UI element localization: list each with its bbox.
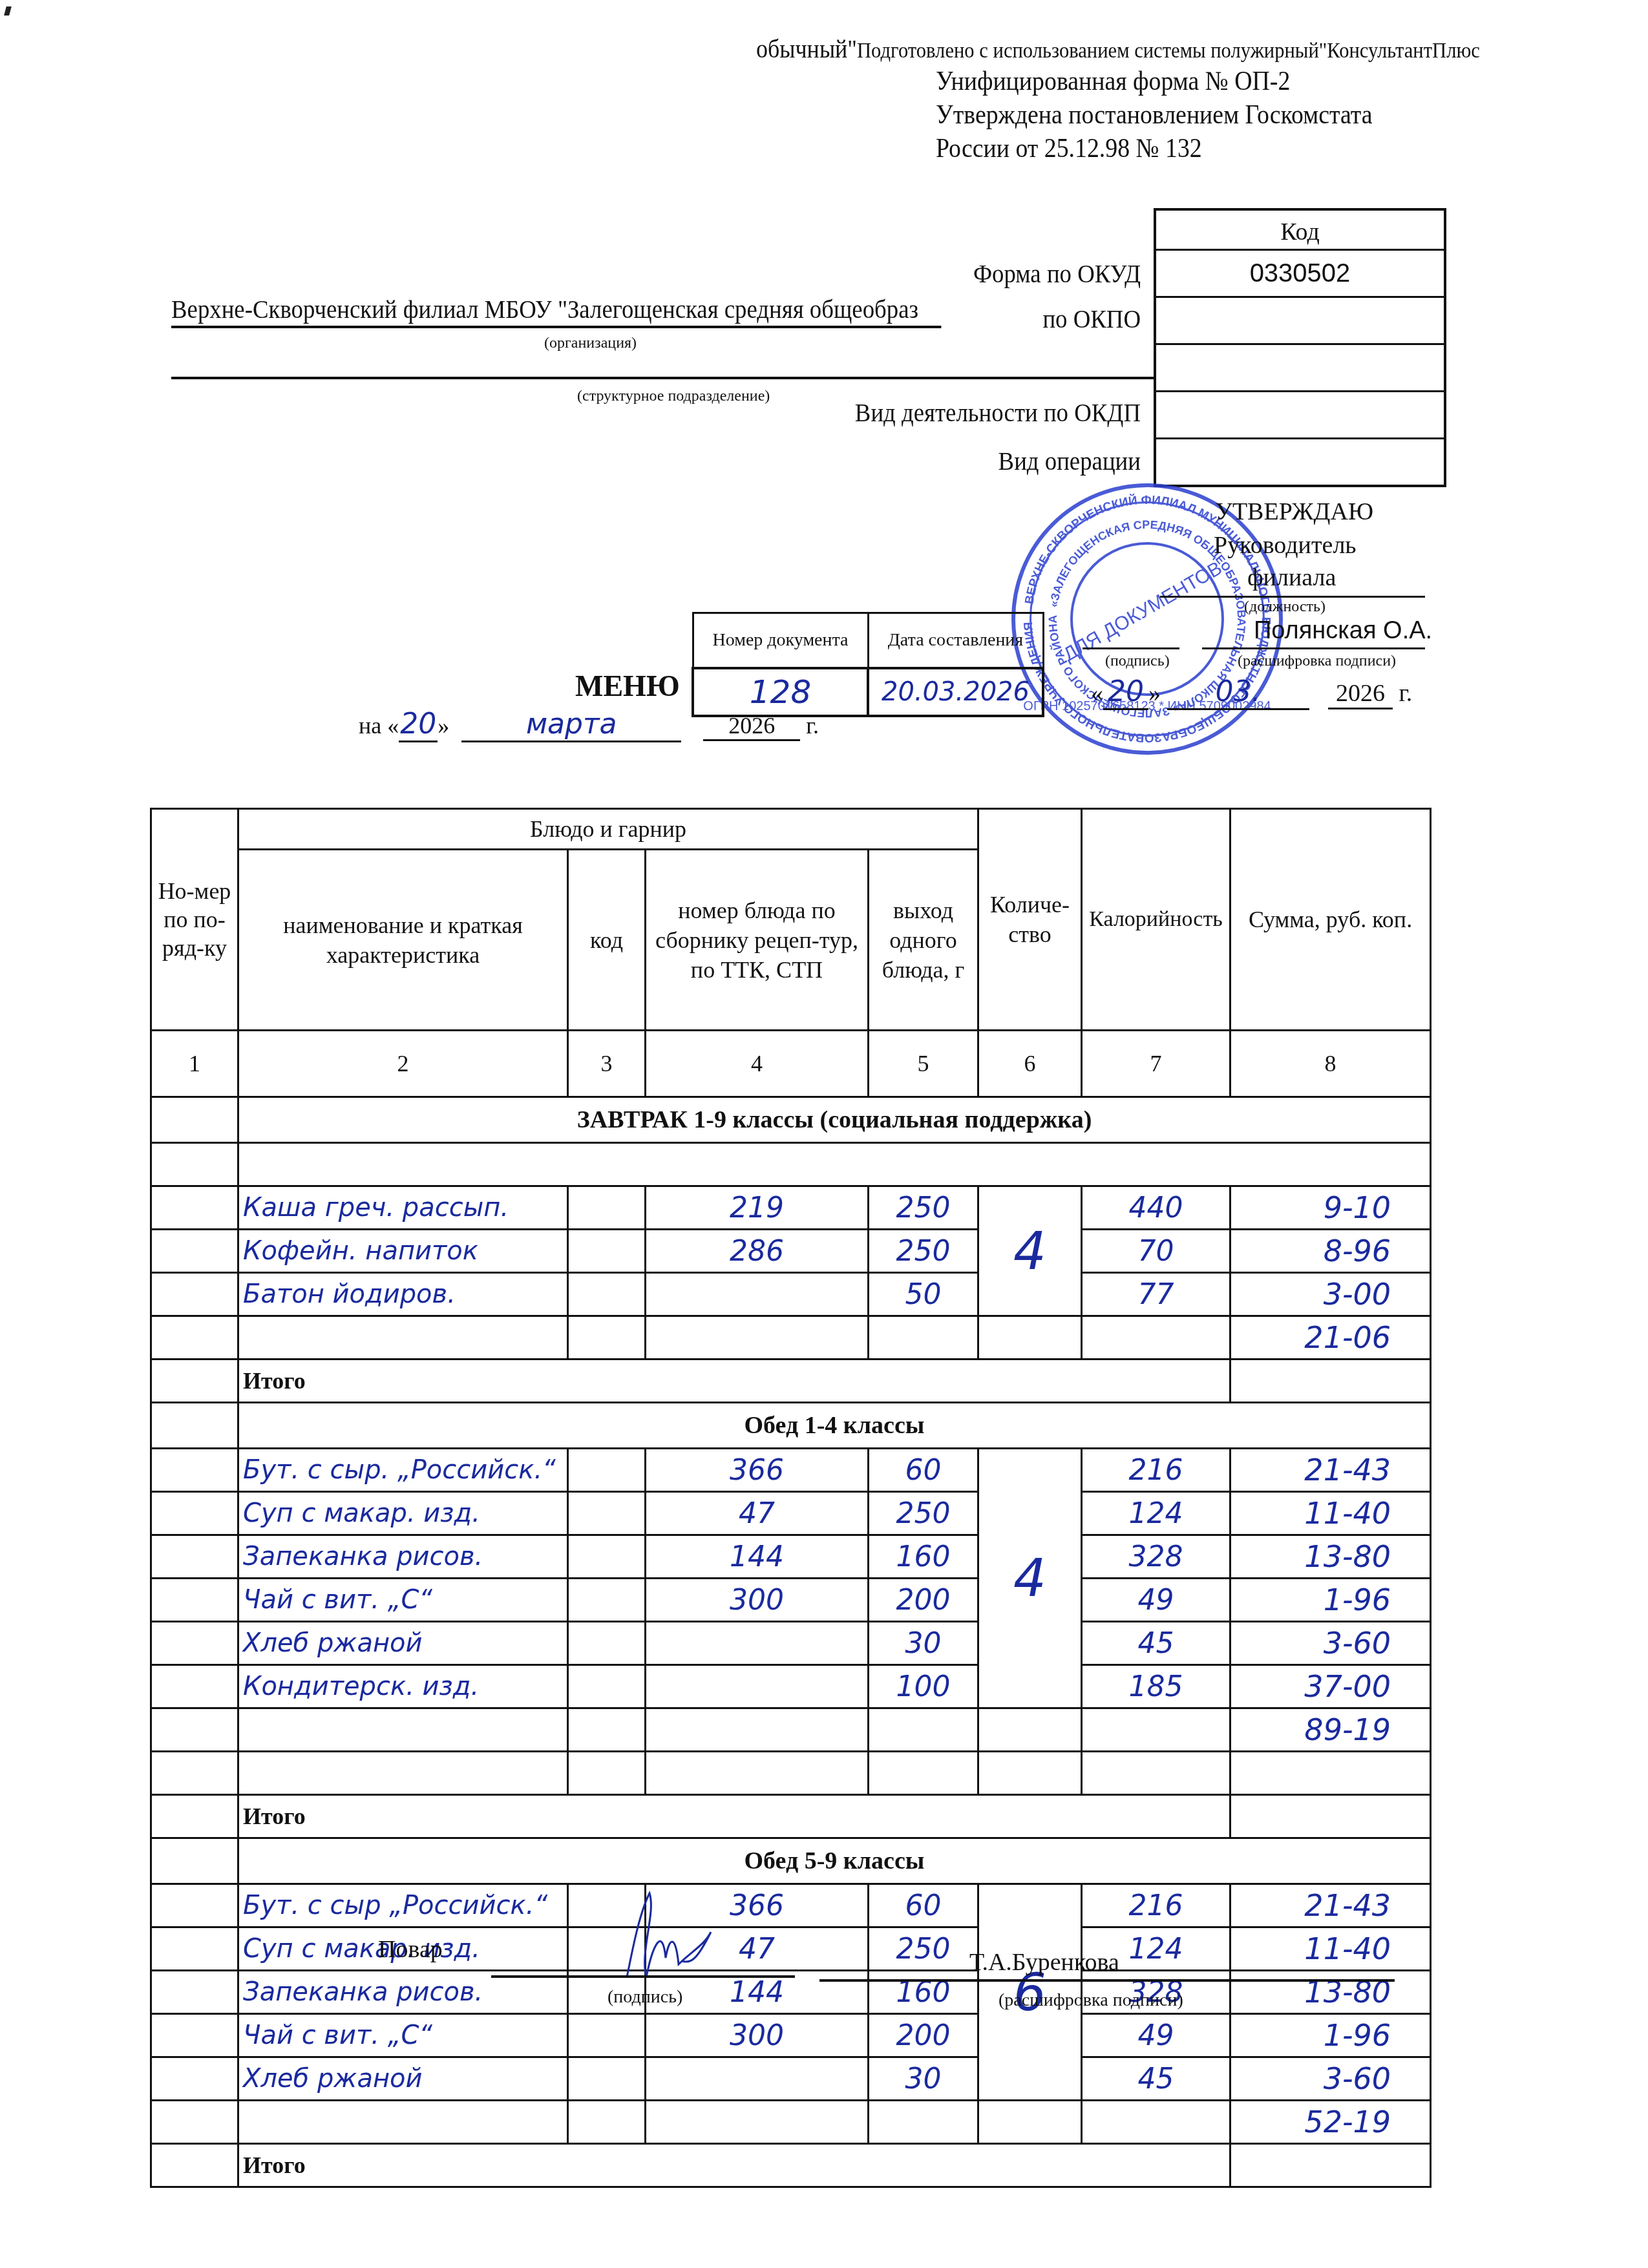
subdivision-caption: (структурное подразделение) bbox=[577, 388, 770, 405]
table-row: Батон йодиров.50773-00 bbox=[151, 1273, 1431, 1316]
dish-yield: 200 bbox=[869, 2014, 978, 2057]
row-number-cell bbox=[151, 1143, 238, 1186]
subdivision-code bbox=[1156, 345, 1444, 392]
section-title: ЗАВТРАК 1-9 классы (социальная поддержка… bbox=[238, 1097, 1431, 1143]
dish-name: Запеканка рисов. bbox=[238, 1535, 568, 1579]
dish-yield: 160 bbox=[869, 1535, 978, 1579]
dish-sum: 3-60 bbox=[1231, 1622, 1431, 1665]
dish-code bbox=[568, 1535, 646, 1579]
dish-yield: 250 bbox=[869, 1927, 978, 1971]
row-number-cell bbox=[151, 1316, 238, 1360]
menu-day: 20 bbox=[399, 708, 438, 742]
row-number-cell bbox=[151, 1795, 238, 1838]
col-header-code: код bbox=[568, 850, 646, 1031]
doc-date-header: Дата составления bbox=[868, 613, 1043, 669]
position-caption: (должность) bbox=[1244, 598, 1326, 616]
document-info-table: Номер документа Дата составления 128 20.… bbox=[692, 612, 1044, 717]
dish-sum: 21-43 bbox=[1231, 1449, 1431, 1492]
column-number: 1 bbox=[151, 1031, 238, 1097]
table-row: Бут. с сыр. „Российск.“36660421621-43 bbox=[151, 1449, 1431, 1492]
dish-code bbox=[568, 1665, 646, 1708]
total-label: Итого bbox=[238, 1360, 1231, 1403]
blank-cell bbox=[869, 1752, 978, 1795]
dish-code bbox=[568, 1186, 646, 1230]
consultant-header: обычный"Подготовлено с использованием си… bbox=[756, 34, 1480, 64]
recipe-number bbox=[646, 1665, 869, 1708]
table-row: Хлеб ржаной30453-60 bbox=[151, 1622, 1431, 1665]
table-row: Чай с вит. „С“300200491-96 bbox=[151, 2014, 1431, 2057]
dish-name: Чай с вит. „С“ bbox=[238, 2014, 568, 2057]
table-row: Чай с вит. „С“300200491-96 bbox=[151, 1579, 1431, 1622]
row-number-cell bbox=[151, 1971, 238, 2014]
table-row: Суп с макар. изд.4725012411-40 bbox=[151, 1492, 1431, 1535]
approval-day: 20 bbox=[1103, 675, 1148, 710]
recipe-number: 366 bbox=[646, 1449, 869, 1492]
approver-name: Полянская О.А. bbox=[1254, 617, 1432, 645]
blank-cell bbox=[978, 1708, 1082, 1752]
recipe-number: 47 bbox=[646, 1492, 869, 1535]
table-row: Суп с макар. изд.4725012411-40 bbox=[151, 1927, 1431, 1971]
blank-cell bbox=[1082, 1316, 1231, 1360]
blank-cell bbox=[1082, 1708, 1231, 1752]
row-number-cell bbox=[151, 1927, 238, 1971]
organization-name: Верхне-Скворченский филиал МБОУ "Залегощ… bbox=[171, 294, 941, 328]
recipe-number bbox=[646, 1273, 869, 1316]
row-number-cell bbox=[151, 1230, 238, 1273]
document-title: МЕНЮ bbox=[575, 669, 680, 703]
menu-date: на «20» марта 2026 г. bbox=[359, 708, 819, 742]
row-number-cell bbox=[151, 1403, 238, 1449]
dish-name: Бут. с сыр „Российск.“ bbox=[238, 1884, 568, 1927]
dish-yield: 200 bbox=[869, 1579, 978, 1622]
blank-cell bbox=[1231, 1752, 1431, 1795]
table-row: Хлеб ржаной30453-60 bbox=[151, 2057, 1431, 2101]
dish-sum: 1-96 bbox=[1231, 1579, 1431, 1622]
row-number-cell bbox=[151, 1097, 238, 1143]
dish-sum: 3-00 bbox=[1231, 1273, 1431, 1316]
approval-month: 03. bbox=[1167, 675, 1309, 710]
blank-cell bbox=[238, 1316, 568, 1360]
consultant-text: Подготовлено с использованием системы по… bbox=[857, 39, 1480, 63]
blank-cell bbox=[568, 1708, 646, 1752]
dish-calories: 45 bbox=[1082, 1622, 1231, 1665]
row-number-cell bbox=[151, 1622, 238, 1665]
column-number: 7 bbox=[1082, 1031, 1231, 1097]
cook-label: Повар bbox=[378, 1935, 443, 1964]
blank-cell bbox=[568, 2101, 646, 2144]
dish-code bbox=[568, 1492, 646, 1535]
column-number: 6 bbox=[978, 1031, 1082, 1097]
operation-code bbox=[1156, 439, 1444, 485]
dish-code bbox=[568, 2057, 646, 2101]
stamp-text-icon: ВЕРХНЕ-СКВОРЧЕНСКИЙ ФИЛИАЛ МУНИЦИПАЛЬНОГ… bbox=[1015, 487, 1279, 751]
approval-position-2: филиала bbox=[1247, 563, 1336, 592]
section-title: Обед 5-9 классы bbox=[238, 1838, 1431, 1884]
cook-signature-caption: (подпись) bbox=[607, 1987, 682, 2008]
recipe-number: 300 bbox=[646, 2014, 869, 2057]
row-number-cell bbox=[151, 1838, 238, 1884]
dish-name: Чай с вит. „С“ bbox=[238, 1579, 568, 1622]
blank-cell bbox=[869, 2101, 978, 2144]
dish-calories: 216 bbox=[1082, 1449, 1231, 1492]
portion-quantity: 4 bbox=[978, 1449, 1082, 1708]
col-header-recipe: номер блюда по сборнику рецеп-тур, по ТТ… bbox=[646, 850, 869, 1031]
dish-name: Хлеб ржаной bbox=[238, 2057, 568, 2101]
dish-yield: 250 bbox=[869, 1186, 978, 1230]
dish-name: Каша греч. рассып. bbox=[238, 1186, 568, 1230]
column-number: 4 bbox=[646, 1031, 869, 1097]
doc-number-header: Номер документа bbox=[693, 613, 868, 669]
blank-cell bbox=[1082, 2101, 1231, 2144]
total-label: Итого bbox=[238, 1795, 1231, 1838]
okud-label: Форма по ОКУД bbox=[689, 258, 1141, 289]
approval-date: «20» 03. 2026 г. bbox=[1091, 675, 1412, 710]
dish-name: Суп с макар. изд. bbox=[238, 1492, 568, 1535]
position-line bbox=[1160, 596, 1425, 598]
dish-code bbox=[568, 1230, 646, 1273]
dish-name: Бут. с сыр. „Российск.“ bbox=[238, 1449, 568, 1492]
cook-name-line bbox=[819, 1979, 1395, 1982]
blank-cell bbox=[978, 2101, 1082, 2144]
row-number-cell bbox=[151, 1186, 238, 1230]
dish-yield: 60 bbox=[869, 1449, 978, 1492]
blank-cell bbox=[646, 2101, 869, 2144]
blank-cell bbox=[238, 1752, 568, 1795]
dish-sum: 1-96 bbox=[1231, 2014, 1431, 2057]
code-header: Код bbox=[1156, 211, 1444, 251]
dish-sum: 8-96 bbox=[1231, 1230, 1431, 1273]
recipe-number: 219 bbox=[646, 1186, 869, 1230]
column-number: 3 bbox=[568, 1031, 646, 1097]
blank-cell bbox=[646, 1708, 869, 1752]
dish-code bbox=[568, 2014, 646, 2057]
total-value bbox=[1231, 1360, 1431, 1403]
section-subtotal: 89-19 bbox=[1231, 1708, 1431, 1752]
row-number-cell bbox=[151, 2014, 238, 2057]
organization-caption: (организация) bbox=[544, 335, 637, 352]
dish-yield: 30 bbox=[869, 2057, 978, 2101]
row-number-cell bbox=[151, 1884, 238, 1927]
row-number-cell bbox=[151, 1708, 238, 1752]
blank-cell bbox=[568, 1316, 646, 1360]
blank-cell bbox=[978, 1316, 1082, 1360]
dish-code bbox=[568, 1622, 646, 1665]
cook-name-caption: (расшифровка подписи) bbox=[998, 1990, 1183, 2011]
row-number-cell bbox=[151, 2144, 238, 2187]
recipe-number bbox=[646, 1622, 869, 1665]
column-number: 2 bbox=[238, 1031, 568, 1097]
total-label: Итого bbox=[238, 2144, 1231, 2187]
operation-label: Вид операции bbox=[689, 446, 1141, 476]
table-row: Кондитерск. изд.10018537-00 bbox=[151, 1665, 1431, 1708]
row-number-cell bbox=[151, 1449, 238, 1492]
column-number: 8 bbox=[1231, 1031, 1431, 1097]
dish-calories: 49 bbox=[1082, 2014, 1231, 2057]
dish-name: Батон йодиров. bbox=[238, 1273, 568, 1316]
dish-sum: 11-40 bbox=[1231, 1927, 1431, 1971]
blank-cell bbox=[238, 1143, 1431, 1186]
dish-yield: 30 bbox=[869, 1622, 978, 1665]
approval-position-1: Руководитель bbox=[1214, 531, 1357, 560]
recipe-number bbox=[646, 2057, 869, 2101]
col-header-calories: Калорийность bbox=[1082, 809, 1231, 1031]
row-number-cell bbox=[151, 1360, 238, 1403]
recipe-number: 286 bbox=[646, 1230, 869, 1273]
table-row: Каша греч. рассып.21925044409-10 bbox=[151, 1186, 1431, 1230]
blank-cell bbox=[238, 1708, 568, 1752]
dish-calories: 440 bbox=[1082, 1186, 1231, 1230]
portion-quantity: 4 bbox=[978, 1186, 1082, 1316]
blank-cell bbox=[238, 2101, 568, 2144]
dish-name: Кондитерск. изд. bbox=[238, 1665, 568, 1708]
subdivision-line bbox=[171, 377, 1154, 379]
row-number-cell bbox=[151, 1492, 238, 1535]
blank-cell bbox=[646, 1316, 869, 1360]
dish-code bbox=[568, 1579, 646, 1622]
recipe-number: 300 bbox=[646, 1579, 869, 1622]
dish-calories: 77 bbox=[1082, 1273, 1231, 1316]
section-subtotal: 21-06 bbox=[1231, 1316, 1431, 1360]
approver-name-caption: (расшифровка подписи) bbox=[1238, 653, 1396, 670]
menu-year-suffix: г. bbox=[806, 713, 819, 739]
row-number-cell bbox=[151, 2057, 238, 2101]
cook-signature-icon bbox=[601, 1887, 769, 1990]
dish-code bbox=[568, 1449, 646, 1492]
form-line: Унифицированная форма № ОП-2 bbox=[936, 65, 1373, 98]
dish-calories: 124 bbox=[1082, 1492, 1231, 1535]
recipe-number: 144 bbox=[646, 1535, 869, 1579]
blank-cell bbox=[1082, 1752, 1231, 1795]
dish-yield: 50 bbox=[869, 1273, 978, 1316]
dish-sum: 13-80 bbox=[1231, 1535, 1431, 1579]
section-subtotal: 52-19 bbox=[1231, 2101, 1431, 2144]
dish-sum: 11-40 bbox=[1231, 1492, 1431, 1535]
col-header-number: Но-мер по по-ряд-ку bbox=[151, 809, 238, 1031]
dish-calories: 185 bbox=[1082, 1665, 1231, 1708]
scan-mark bbox=[4, 6, 12, 16]
okud-code: 0330502 bbox=[1156, 251, 1444, 298]
approver-name-line bbox=[1202, 647, 1425, 649]
table-row: Бут. с сыр „Российск.“36660621621-43 bbox=[151, 1884, 1431, 1927]
blank-cell bbox=[978, 1752, 1082, 1795]
approval-year: 2026 bbox=[1328, 679, 1393, 709]
total-value bbox=[1231, 2144, 1431, 2187]
dish-yield: 60 bbox=[869, 1884, 978, 1927]
row-number-cell bbox=[151, 1752, 238, 1795]
code-box: Код 0330502 bbox=[1154, 208, 1446, 487]
dish-name: Хлеб ржаной bbox=[238, 1622, 568, 1665]
total-value bbox=[1231, 1795, 1431, 1838]
dish-code bbox=[568, 1273, 646, 1316]
menu-year: 2026 bbox=[703, 712, 800, 741]
dish-sum: 13-80 bbox=[1231, 1971, 1431, 2014]
blank-cell bbox=[869, 1708, 978, 1752]
blank-cell bbox=[869, 1316, 978, 1360]
doc-date: 20.03.2026 bbox=[868, 668, 1043, 716]
row-number-cell bbox=[151, 1665, 238, 1708]
approval-signature-caption: (подпись) bbox=[1105, 653, 1170, 670]
dish-yield: 100 bbox=[869, 1665, 978, 1708]
col-header-sum: Сумма, руб. коп. bbox=[1231, 809, 1431, 1031]
cook-signature-line bbox=[491, 1975, 795, 1978]
dish-sum: 9-10 bbox=[1231, 1186, 1431, 1230]
table-row: Запеканка рисов.14416032813-80 bbox=[151, 1535, 1431, 1579]
row-number-cell bbox=[151, 1535, 238, 1579]
form-line: России от 25.12.98 № 132 bbox=[936, 132, 1373, 165]
dish-calories: 49 bbox=[1082, 1579, 1231, 1622]
dish-yield: 250 bbox=[869, 1492, 978, 1535]
col-header-name: наименование и краткая характеристика bbox=[238, 850, 568, 1031]
okdp-code bbox=[1156, 392, 1444, 439]
section-title: Обед 1-4 классы bbox=[238, 1403, 1431, 1449]
row-number-cell bbox=[151, 2101, 238, 2144]
menu-date-prefix: на « bbox=[359, 713, 399, 739]
dish-calories: 216 bbox=[1082, 1884, 1231, 1927]
column-number: 5 bbox=[869, 1031, 978, 1097]
form-info: Унифицированная форма № ОП-2 Утверждена … bbox=[936, 65, 1373, 165]
approval-year-suffix: г. bbox=[1399, 680, 1413, 707]
dish-calories: 328 bbox=[1082, 1535, 1231, 1579]
cook-name: Т.А.Буренкова bbox=[969, 1948, 1119, 1977]
col-header-quantity: Количе-ство bbox=[978, 809, 1082, 1031]
dish-yield: 160 bbox=[869, 1971, 978, 2014]
menu-date-quote: » bbox=[438, 713, 449, 739]
dish-calories: 45 bbox=[1082, 2057, 1231, 2101]
consultant-prefix: обычный" bbox=[756, 34, 857, 63]
dish-sum: 21-43 bbox=[1231, 1884, 1431, 1927]
approval-title: УТВЕРЖДАЮ bbox=[1215, 498, 1373, 526]
dish-calories: 70 bbox=[1082, 1230, 1231, 1273]
menu-month: марта bbox=[461, 708, 681, 742]
approval-signature-line bbox=[1083, 647, 1179, 649]
dish-yield: 250 bbox=[869, 1230, 978, 1273]
dish-sum: 3-60 bbox=[1231, 2057, 1431, 2101]
form-line: Утверждена постановлением Госкомстата bbox=[936, 98, 1373, 132]
row-number-cell bbox=[151, 1273, 238, 1316]
okpo-code bbox=[1156, 298, 1444, 345]
blank-cell bbox=[568, 1752, 646, 1795]
col-header-yield: выход одного блюда, г bbox=[869, 850, 978, 1031]
dish-name: Кофейн. напиток bbox=[238, 1230, 568, 1273]
table-row: Кофейн. напиток286250708-96 bbox=[151, 1230, 1431, 1273]
row-number-cell bbox=[151, 1579, 238, 1622]
blank-cell bbox=[646, 1752, 869, 1795]
dish-sum: 37-00 bbox=[1231, 1665, 1431, 1708]
group-header-dish: Блюдо и гарнир bbox=[238, 809, 978, 850]
